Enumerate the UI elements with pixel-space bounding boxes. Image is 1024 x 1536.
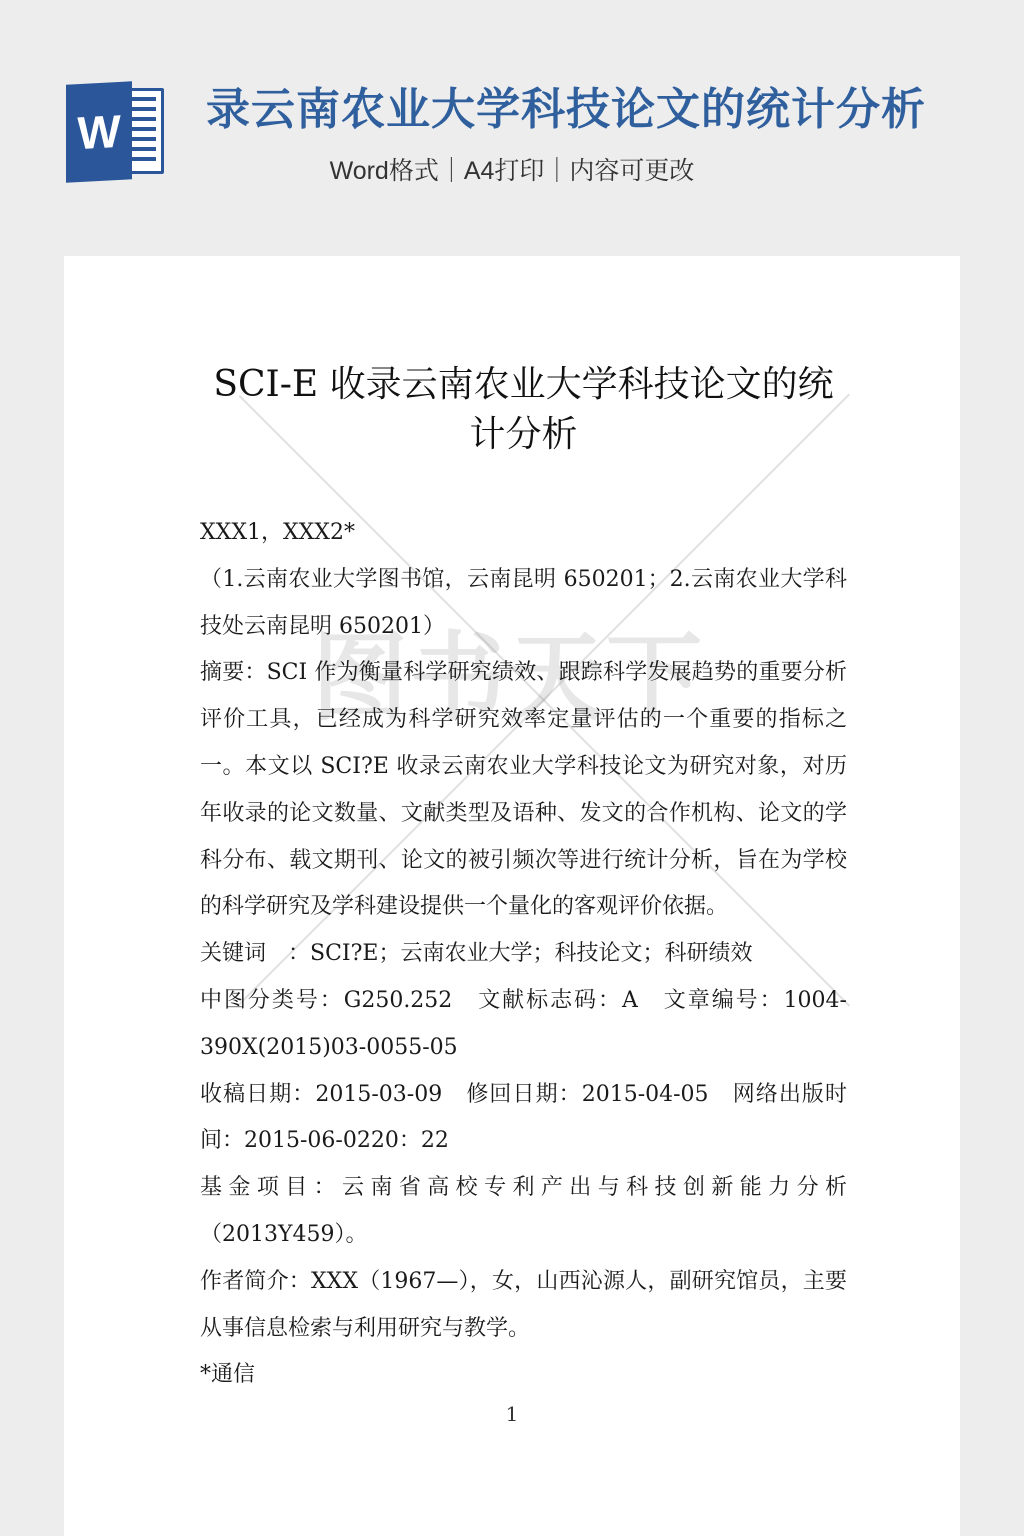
word-logo-letter: W (77, 108, 120, 156)
paper-title: SCI-E 收录云南农业大学科技论文的统计分析 (200, 360, 847, 460)
abstract-paragraph: 摘要：SCI 作为衡量科学研究绩效、跟踪科学发展趋势的重要分析评价工具，已经成为… (200, 650, 847, 931)
dates-line: 收稿日期：2015-03-09 修回日期：2015-04-05 网络出版时间：2… (200, 1072, 847, 1166)
site-header: W 录云南农业大学科技论文的统计分析 Word格式｜A4打印｜内容可更改 (0, 0, 1024, 256)
page-number: 1 (64, 1402, 960, 1426)
affiliation-line: （1.云南农业大学图书馆，云南昆明 650201；2.云南农业大学科技处云南昆明… (200, 557, 847, 651)
paper-body: XXX1，XXX2* （1.云南农业大学图书馆，云南昆明 650201；2.云南… (200, 510, 847, 1399)
document-content: SCI-E 收录云南农业大学科技论文的统计分析 XXX1，XXX2* （1.云南… (64, 256, 960, 1536)
classification-line: 中图分类号：G250.252 文献标志码：A 文章编号：1004-390X(20… (200, 978, 847, 1072)
document-preview-page: 图书天下 SCI-E 收录云南农业大学科技论文的统计分析 XXX1，XXX2* … (64, 256, 960, 1536)
correspondence-note: *通信 (200, 1352, 847, 1399)
fund-project-line: 基金项目：云南省高校专利产出与科技创新能力分析（2013Y459）。 (200, 1165, 847, 1259)
template-subtitle: Word格式｜A4打印｜内容可更改 (0, 153, 1024, 189)
template-title: 录云南农业大学科技论文的统计分析 (170, 84, 962, 136)
author-bio-line: 作者简介：XXX（1967—），女，山西沁源人，副研究馆员，主要从事信息检索与利… (200, 1259, 847, 1353)
author-line: XXX1，XXX2* (200, 510, 847, 557)
keywords-line: 关键词 ：SCI?E；云南农业大学；科技论文；科研绩效 (200, 931, 847, 978)
